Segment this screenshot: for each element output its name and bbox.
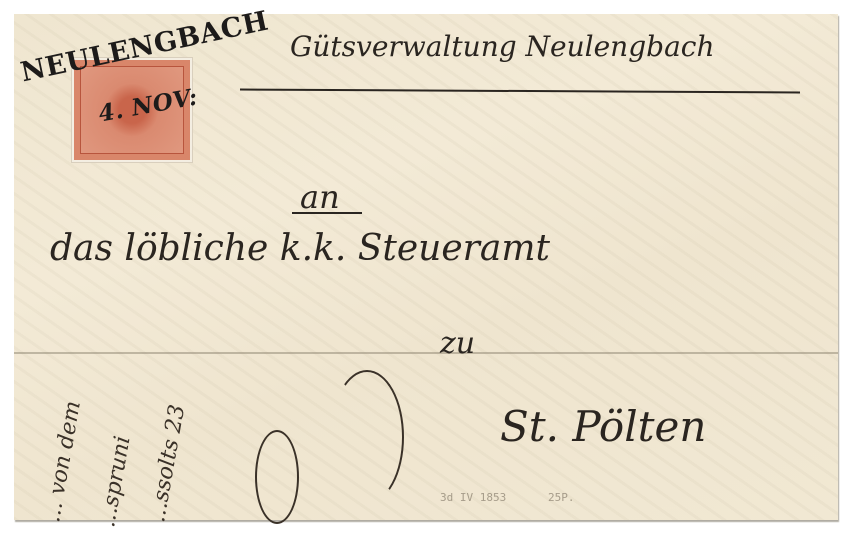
preposition-underline — [292, 212, 362, 214]
flourish — [255, 430, 299, 524]
addressee: das löbliche k.k. Steueramt — [50, 228, 550, 269]
address-preposition: an — [300, 178, 340, 216]
pencil-note: 3d IV 1853 — [440, 491, 506, 504]
address-to: zu — [440, 326, 475, 361]
flourish — [330, 370, 404, 504]
address-city: St. Pölten — [500, 402, 706, 451]
sender-line: Gütsverwaltung Neulengbach — [290, 30, 714, 63]
fold-line — [14, 352, 838, 354]
pencil-note-2: 25P. — [548, 491, 575, 504]
